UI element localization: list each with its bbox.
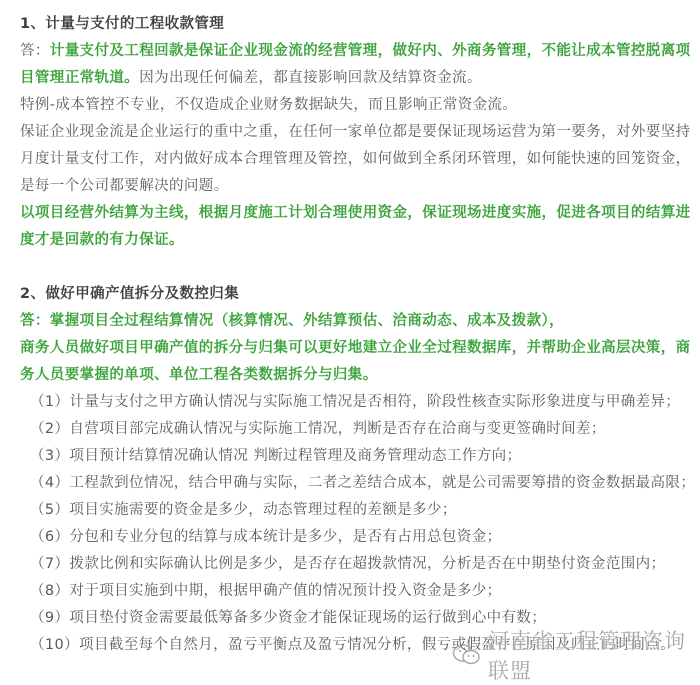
- list-item: （7）拨款比例和实际确认比例是多少，是否存在超拨款情况，分析是否在中期垫付资金范…: [20, 551, 686, 578]
- wechat-icon: [452, 642, 482, 668]
- section-2-highlight-line-2: 务人员要掌握的单项、单位工程各类数据拆分与归集。: [20, 362, 686, 389]
- answer-highlight-cont: 目管理正常轨道。: [20, 70, 139, 86]
- list-item: （2）自营项目部完成确认情况与实际施工情况，判断是否存在洽商与变更签确时间差；: [20, 416, 686, 443]
- list-item: （6）分包和专业分包的结算与成本统计是多少，是否有占用总包资金；: [20, 524, 686, 551]
- section-1-heading: 1、计量与支付的工程收款管理: [20, 11, 686, 38]
- article-body: 1、计量与支付的工程收款管理 答：计量支付及工程回款是保证企业现金流的经营管理，…: [20, 11, 686, 659]
- section-1-example: 特例-成本管控不专业，不仅造成企业财务数据缺失，而且影响正常资金流。: [20, 92, 686, 119]
- section-divider-gap: [20, 254, 686, 281]
- section-1-answer-line-1: 答：计量支付及工程回款是保证企业现金流的经营管理，做好内、外商务管理，不能让成本…: [20, 38, 686, 65]
- section-1-paragraph-line-3: 是每一个公司都要解决的问题。: [20, 173, 686, 200]
- section-1-answer-line-2: 目管理正常轨道。因为出现任何偏差，都直接影响回款及结算资金流。: [20, 65, 686, 92]
- section-1-conclusion-line-1: 以项目经营外结算为主线，根据月度施工计划合理使用资金，保证现场进度实施，促进各项…: [20, 200, 686, 227]
- list-item: （1）计量与支付之甲方确认情况与实际施工情况是否相符，阶段性核查实际形象进度与甲…: [20, 389, 686, 416]
- list-item: （4）工程款到位情况，结合甲确与实际，二者之差结合成本，就是公司需要筹措的资金数…: [20, 470, 686, 497]
- section-2-answer: 答：掌握项目全过程结算情况（核算情况、外结算预估、洽商动态、成本及拨款），: [20, 308, 686, 335]
- section-1-paragraph-line-1: 保证企业现金流是企业运行的重中之重，在任何一家单位都是要保证现场运营为第一要务，…: [20, 119, 686, 146]
- list-item: （3）项目预计结算情况确认情况 判断过程管理及商务管理动态工作方向；: [20, 443, 686, 470]
- list-item: （5）项目实施需要的资金是多少，动态管理过程的差额是多少；: [20, 497, 686, 524]
- section-2-highlight-line-1: 商务人员做好项目甲确产值的拆分与归集可以更好地建立企业全过程数据库，并帮助企业高…: [20, 335, 686, 362]
- list-item: （8）对于项目实施到中期，根据甲确产值的情况预计投入资金是多少；: [20, 578, 686, 605]
- answer-prefix: 答：: [20, 43, 50, 59]
- section-2-heading: 2、做好甲确产值拆分及数控归集: [20, 281, 686, 308]
- answer-highlight: 计量支付及工程回款是保证企业现金流的经营管理，做好内、外商务管理，不能让成本管控…: [50, 43, 691, 59]
- watermark: 河南省工程管理咨询联盟: [452, 638, 700, 672]
- answer-tail: 因为出现任何偏差，都直接影响回款及结算资金流。: [139, 70, 482, 86]
- section-2-list: （1）计量与支付之甲方确认情况与实际施工情况是否相符，阶段性核查实际形象进度与甲…: [20, 389, 686, 659]
- section-1-paragraph-line-2: 月度计量支付工作，对内做好成本合理管理及管控，如何做到全系闭环管理，如何能快速的…: [20, 146, 686, 173]
- watermark-text: 河南省工程管理咨询联盟: [488, 625, 700, 685]
- section-1-conclusion-line-2: 度才是回款的有力保证。: [20, 227, 686, 254]
